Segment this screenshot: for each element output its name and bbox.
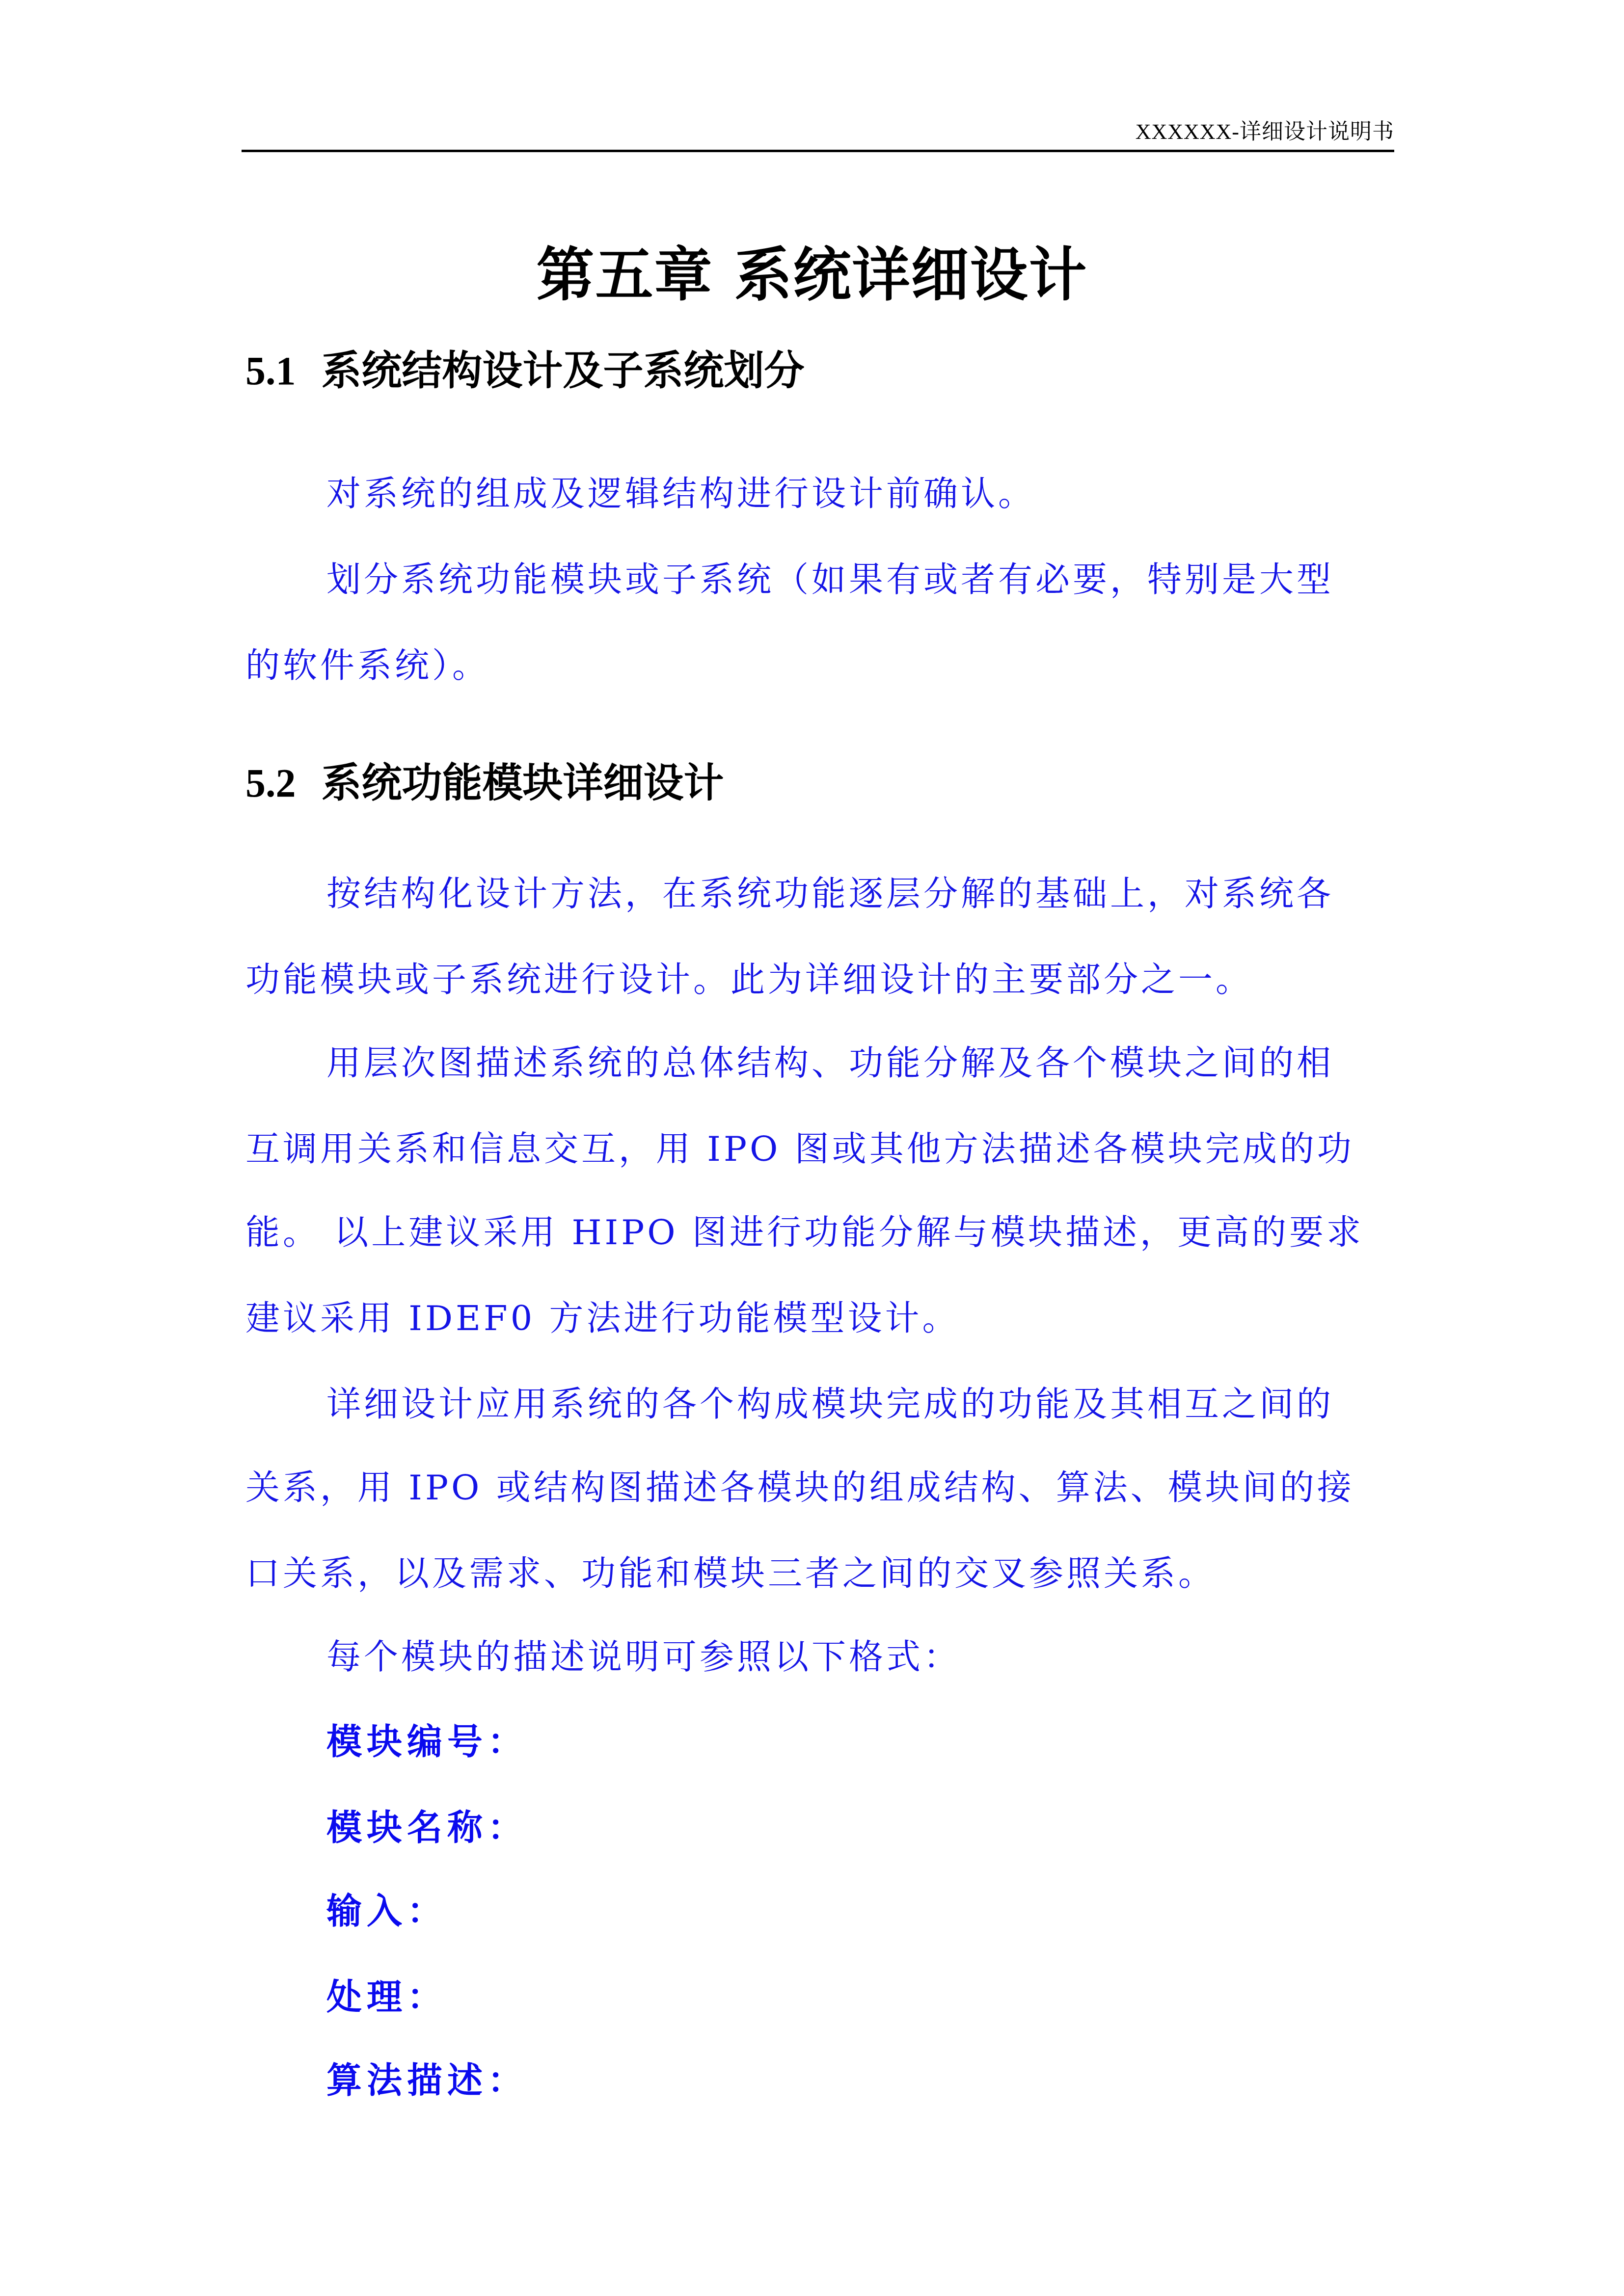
paragraph-line: 用层次图描述系统的总体结构、功能分解及各个模块之间的相	[326, 1036, 1334, 1085]
document-page: XXXXXX-详细设计说明书 第五章 系统详细设计 5.1系统结构设计及子系统划…	[0, 0, 1624, 2296]
paragraph-line: 对系统的组成及逻辑结构进行设计前确认。	[326, 466, 1035, 516]
paragraph-line: 能。 以上建议采用 HIPO 图进行功能分解与模块描述，更高的要求	[245, 1205, 1364, 1255]
section-heading-5-1: 5.1系统结构设计及子系统划分	[245, 339, 805, 396]
paragraph-line: 功能模块或子系统进行设计。此为详细设计的主要部分之一。	[245, 952, 1253, 1002]
section-number: 5.1	[245, 348, 296, 393]
running-header: XXXXXX-详细设计说明书	[1136, 114, 1394, 145]
paragraph-line: 详细设计应用系统的各个构成模块完成的功能及其相互之间的	[326, 1377, 1334, 1426]
chapter-title: 第五章 系统详细设计	[0, 228, 1624, 312]
paragraph-line: 建议采用 IDEF0 方法进行功能模型设计。	[245, 1291, 959, 1340]
paragraph-line: 关系，用 IPO 或结构图描述各模块的组成结构、算法、模块间的接	[245, 1460, 1354, 1510]
section-heading-5-2: 5.2系统功能模块详细设计	[245, 751, 724, 808]
template-field-input: 输入：	[326, 1882, 447, 1933]
paragraph-line: 每个模块的描述说明可参照以下格式：	[326, 1629, 961, 1679]
paragraph-line: 互调用关系和信息交互，用 IPO 图或其他方法描述各模块完成的功	[245, 1121, 1354, 1171]
paragraph-line: 口关系，以及需求、功能和模块三者之间的交叉参照关系。	[245, 1546, 1216, 1596]
template-field-module-name: 模块名称：	[326, 1799, 528, 1850]
template-field-processing: 处理：	[326, 1968, 447, 2019]
section-title: 系统功能模块详细设计	[322, 760, 724, 806]
template-field-algorithm: 算法描述：	[326, 2052, 528, 2103]
paragraph-line: 的软件系统）。	[245, 638, 489, 688]
paragraph-line: 划分系统功能模块或子系统（如果有或者有必要，特别是大型	[326, 552, 1334, 602]
paragraph-line: 按结构化设计方法，在系统功能逐层分解的基础上，对系统各	[326, 866, 1334, 916]
section-number: 5.2	[245, 761, 296, 805]
header-rule-divider	[242, 150, 1394, 152]
section-title: 系统结构设计及子系统划分	[322, 347, 805, 394]
template-field-module-id: 模块编号：	[326, 1713, 528, 1764]
